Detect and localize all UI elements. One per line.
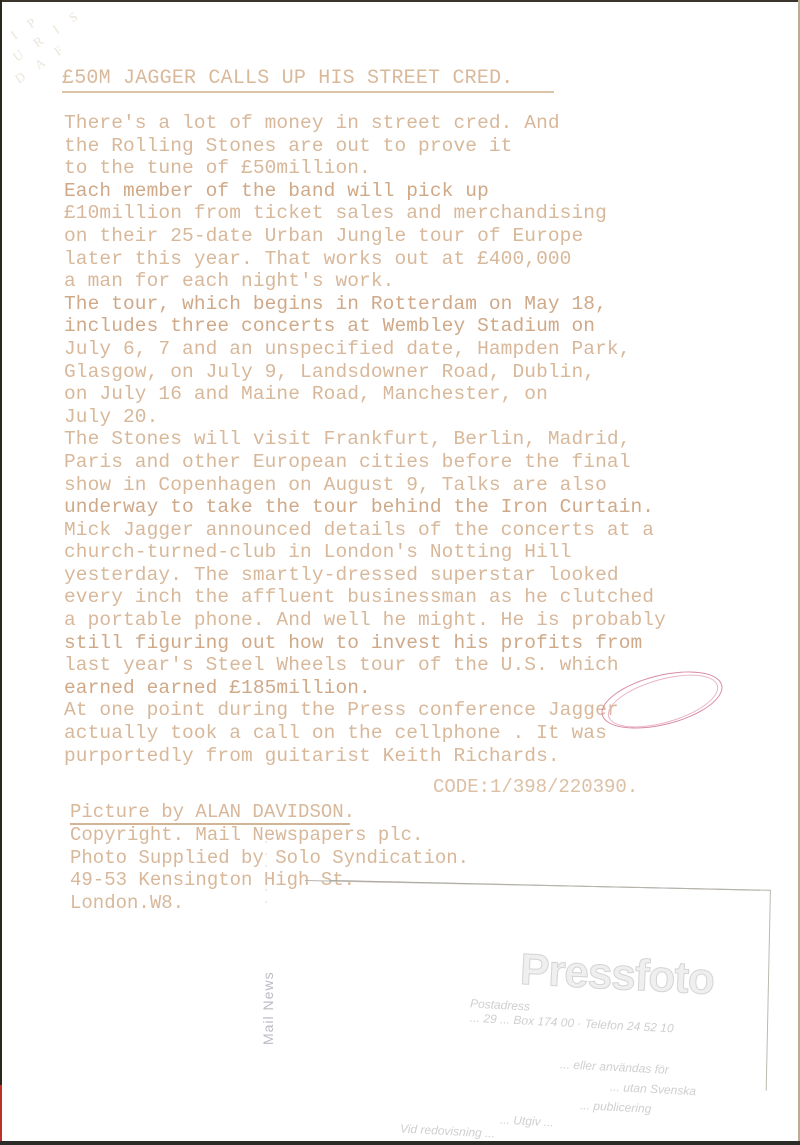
body-line: Glasgow, on July 9, Landsdowner Road, Du… (64, 361, 666, 384)
reference-code: CODE:1/398/220390. (433, 776, 638, 798)
credit-line: Picture by ALAN DAVIDSON. (70, 801, 469, 824)
scan-edge-red-mark (0, 1085, 2, 1145)
body-line: on their 25-date Urban Jungle tour of Eu… (64, 225, 666, 248)
vertical-archive-code: · · · · · · · (262, 827, 273, 905)
body-line: There's a lot of money in street cred. A… (64, 112, 666, 135)
body-line: later this year. That works out at £400,… (64, 248, 666, 271)
scan-edge-bottom (0, 1141, 800, 1145)
body-line: The Stones will visit Frankfurt, Berlin,… (64, 428, 666, 451)
stamp-text-line: ... publicering (580, 1098, 652, 1116)
body-line: a man for each night's work. (64, 270, 666, 293)
body-line: Each member of the band will pick up (64, 180, 666, 203)
headline: £50M JAGGER CALLS UP HIS STREET CRED. (62, 67, 513, 90)
body-line: church-turned-club in London's Notting H… (64, 541, 666, 564)
credits-underline (70, 823, 350, 825)
stamp-text-line: ... Utgiv ... (500, 1113, 555, 1130)
body-line: The tour, which begins in Rotterdam on M… (64, 293, 666, 316)
body-line: July 20. (64, 406, 666, 429)
body-line: to the tune of £50million. (64, 157, 666, 180)
body-line: £10million from ticket sales and merchan… (64, 202, 666, 225)
body-line: show in Copenhagen on August 9, Talks ar… (64, 474, 666, 497)
headline-underline (62, 91, 554, 93)
body-line: on July 16 and Maine Road, Manchester, o… (64, 383, 666, 406)
body-line: Mick Jagger announced details of the con… (64, 519, 666, 542)
article-body: There's a lot of money in street cred. A… (64, 112, 666, 767)
body-line: last year's Steel Wheels tour of the U.S… (64, 654, 666, 677)
body-line: still figuring out how to invest his pro… (64, 632, 666, 655)
body-line: underway to take the tour behind the Iro… (64, 496, 666, 519)
stamp-text-line: Vid redovisning ... (400, 1122, 496, 1141)
body-line: purportedly from guitarist Keith Richard… (64, 745, 666, 768)
mail-news-vertical-stamp: Mail News (260, 971, 276, 1045)
body-line: every inch the affluent businessman as h… (64, 586, 666, 609)
body-line: includes three concerts at Wembley Stadi… (64, 315, 666, 338)
body-line: At one point during the Press conference… (64, 699, 666, 722)
body-line: earned earned £185million. (64, 677, 666, 700)
body-line: the Rolling Stones are out to prove it (64, 135, 666, 158)
pressfoto-logo: Pressfoto (519, 945, 715, 1005)
body-line: July 6, 7 and an unspecified date, Hampd… (64, 338, 666, 361)
body-line: actually took a call on the cellphone . … (64, 722, 666, 745)
scan-edge-top (0, 0, 800, 2)
body-line: yesterday. The smartly-dressed superstar… (64, 564, 666, 587)
body-line: a portable phone. And well he might. He … (64, 609, 666, 632)
body-line: Paris and other European cities before t… (64, 451, 666, 474)
scan-edge-left (0, 0, 2, 1145)
